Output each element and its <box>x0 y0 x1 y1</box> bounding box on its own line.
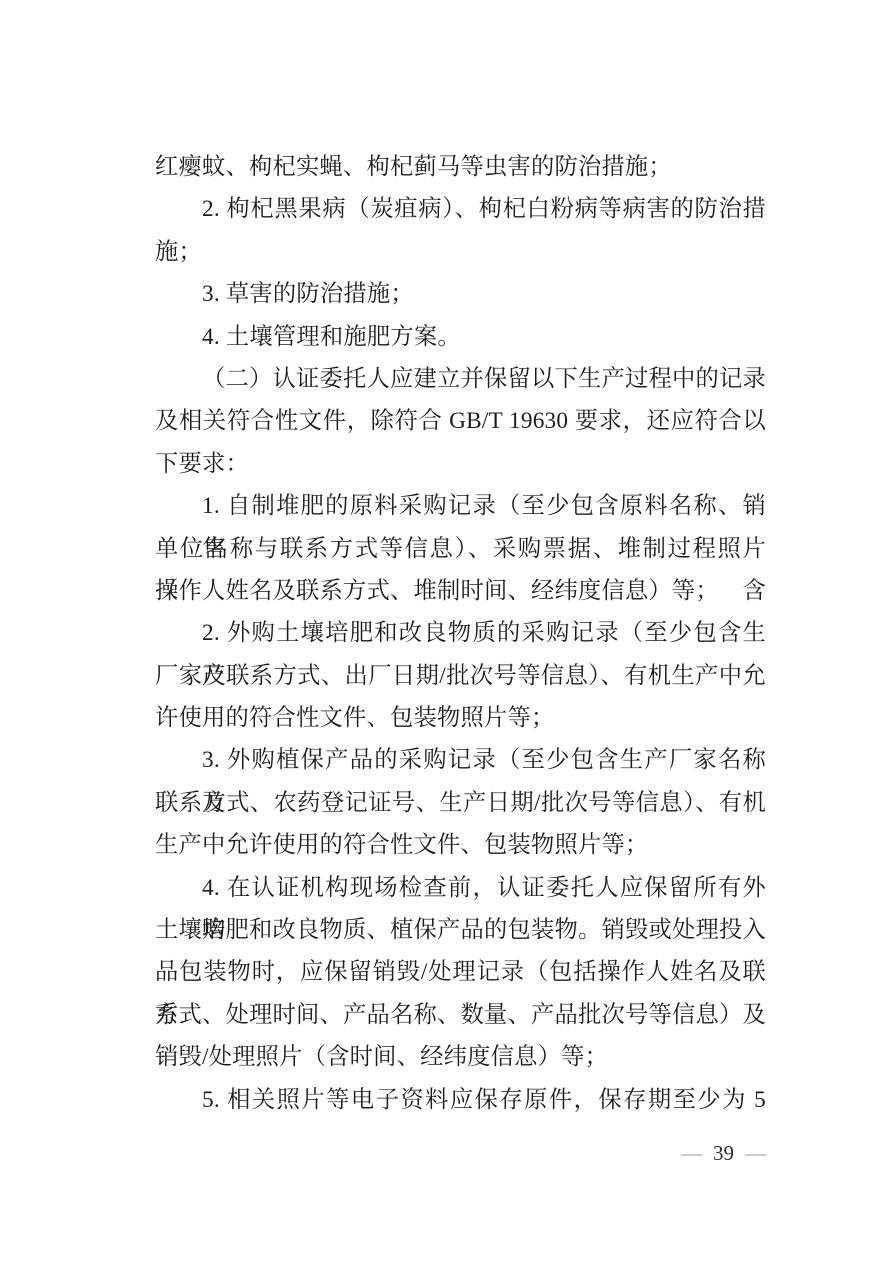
text-line: 3. 外购植保产品的采购记录（至少包含生产厂家名称及 <box>155 739 766 781</box>
text-line: 生产中允许使用的符合性文件、包装物照片等； <box>155 824 766 866</box>
text-line: 红瘿蚊、枸杞实蝇、枸杞蓟马等虫害的防治措施； <box>155 146 766 188</box>
text-line: 联系方式、农药登记证号、生产日期/批次号等信息）、有机 <box>155 782 766 824</box>
text-line: （二）认证委托人应建立并保留以下生产过程中的记录 <box>155 358 766 400</box>
text-line: 许使用的符合性文件、包装物照片等； <box>155 697 766 739</box>
document-page: 红瘿蚊、枸杞实蝇、枸杞蓟马等虫害的防治措施； 2. 枸杞黑果病（炭疽病）、枸杞白… <box>0 0 892 1262</box>
text-line: 下要求： <box>155 443 766 485</box>
text-line: 4. 在认证机构现场检查前，认证委托人应保留所有外购 <box>155 867 766 909</box>
text-line: 3. 草害的防治措施； <box>155 273 766 315</box>
text-line: 单位名称与联系方式等信息）、采购票据、堆制过程照片（含 <box>155 528 766 570</box>
text-line: 方式、处理时间、产品名称、数量、产品批次号等信息）及 <box>155 994 766 1036</box>
text-line: 2. 枸杞黑果病（炭疽病）、枸杞白粉病等病害的防治措 <box>155 188 766 230</box>
text-line: 品包装物时，应保留销毁/处理记录（包括操作人姓名及联系 <box>155 951 766 993</box>
text-line: 2. 外购土壤培肥和改良物质的采购记录（至少包含生产 <box>155 612 766 654</box>
page-footer: — 39 — <box>681 1141 766 1165</box>
text-line: 操作人姓名及联系方式、堆制时间、经纬度信息）等； <box>155 570 766 612</box>
text-line: 及相关符合性文件，除符合 GB/T 19630 要求，还应符合以 <box>155 400 766 442</box>
text-line: 1. 自制堆肥的原料采购记录（至少包含原料名称、销售 <box>155 485 766 527</box>
footer-page-number: 39 <box>713 1141 734 1165</box>
footer-dash-right: — <box>745 1141 766 1165</box>
text-line: 4. 土壤管理和施肥方案。 <box>155 316 766 358</box>
text-line: 施； <box>155 231 766 273</box>
text-line: 土壤培肥和改良物质、植保产品的包装物。销毁或处理投入 <box>155 909 766 951</box>
text-line: 销毁/处理照片（含时间、经纬度信息）等； <box>155 1036 766 1078</box>
text-block: 红瘿蚊、枸杞实蝇、枸杞蓟马等虫害的防治措施； 2. 枸杞黑果病（炭疽病）、枸杞白… <box>155 146 766 1121</box>
text-line: 厂家及联系方式、出厂日期/批次号等信息）、有机生产中允 <box>155 655 766 697</box>
text-line: 5. 相关照片等电子资料应保存原件，保存期至少为 5 <box>155 1079 766 1121</box>
footer-dash-left: — <box>681 1141 702 1165</box>
